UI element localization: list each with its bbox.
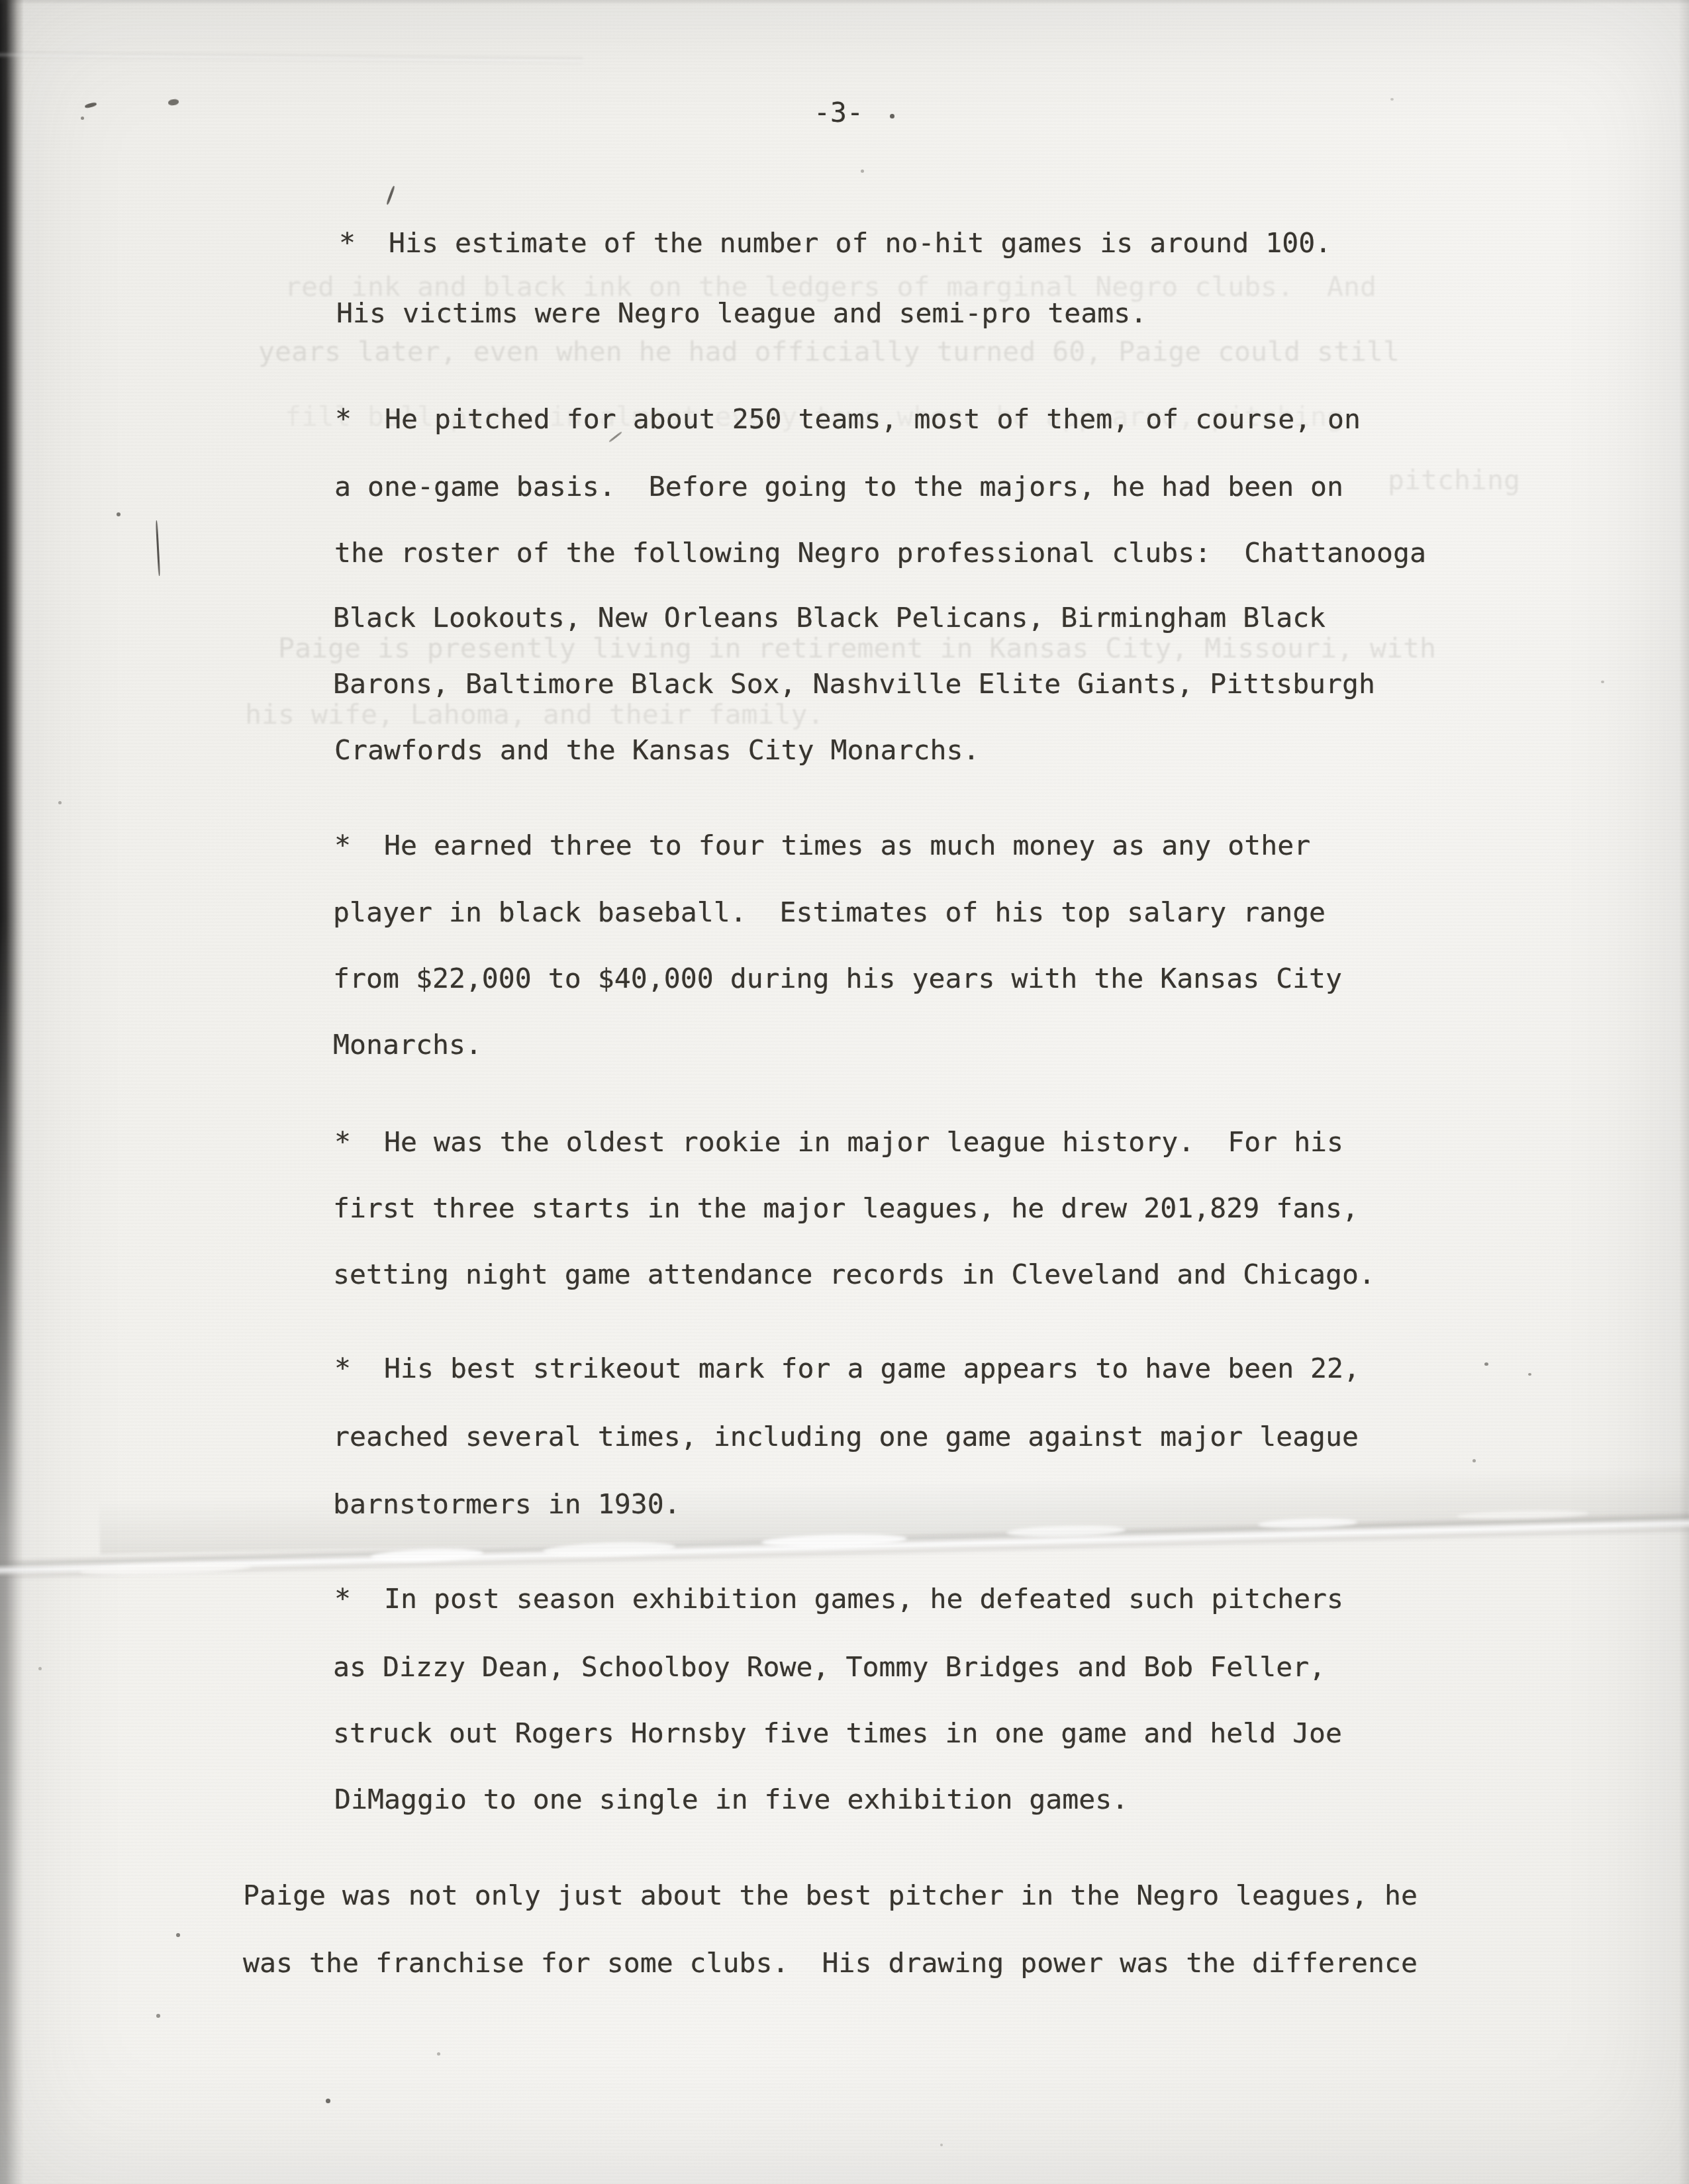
ink-speck: [940, 2144, 943, 2146]
ink-speck: [156, 520, 160, 576]
ink-speck: [1484, 1362, 1488, 1366]
scanned-page: red ink and black ink on the ledgers of …: [0, 0, 1689, 2184]
paper-crease: [0, 50, 583, 65]
ink-speck: [1472, 1459, 1476, 1462]
scan-artifacts-layer: [0, 0, 1689, 2184]
ink-speck: [85, 102, 97, 109]
ink-speck: [326, 2099, 330, 2103]
ink-speck: [890, 114, 894, 119]
ink-speck: [117, 512, 121, 516]
ink-speck: [156, 2014, 160, 2018]
ink-speck: [168, 99, 179, 106]
ink-speck: [1528, 1373, 1531, 1376]
ink-speck: [1390, 98, 1394, 101]
ink-speck: [608, 431, 622, 442]
ink-speck: [861, 169, 864, 173]
ink-speck: [58, 801, 62, 804]
ink-speck: [1601, 681, 1604, 683]
ink-speck: [437, 2052, 440, 2056]
ink-speck: [81, 117, 84, 120]
ink-speck: [386, 185, 395, 205]
ink-speck: [38, 1667, 42, 1670]
ink-speck: [176, 1933, 180, 1937]
